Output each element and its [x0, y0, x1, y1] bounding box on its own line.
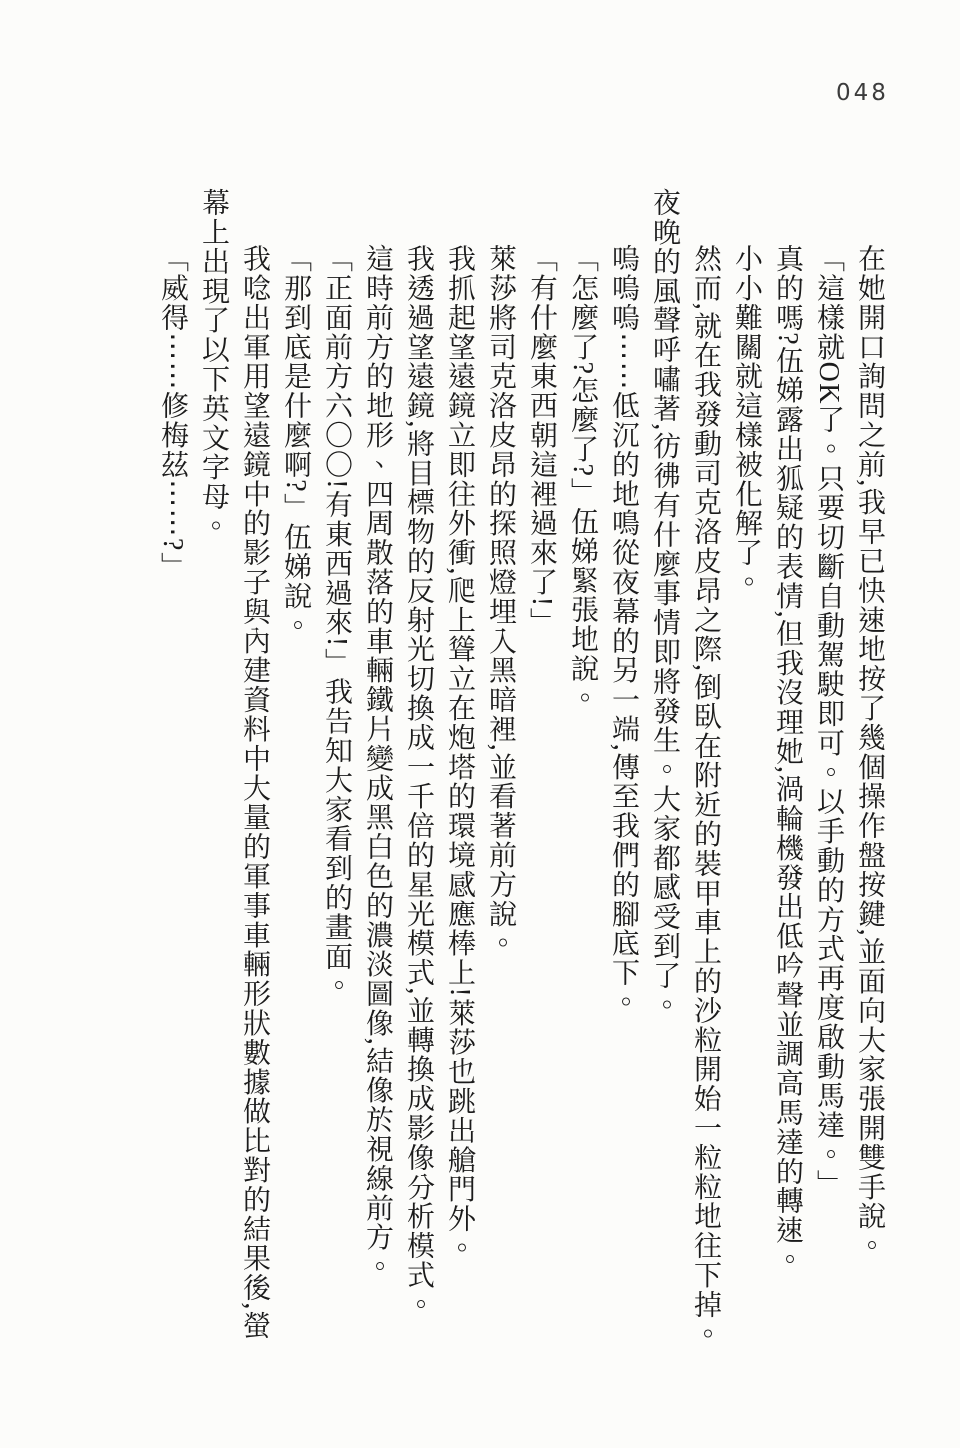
paragraph-dialogue: 「正面前方六〇〇!有東西過來!」我告知大家看到的畫面。: [316, 188, 357, 1364]
paragraph: 這時前方的地形、四周散落的車輛鐵片變成黑白色的濃淡圖像,結像於視線前方。: [357, 188, 398, 1364]
paragraph: 萊莎將司克洛皮昂的探照燈埋入黑暗裡,並看著前方說。: [480, 188, 521, 1364]
paragraph-dialogue: 「有什麼東西朝這裡過來了!」: [521, 188, 562, 1364]
paragraph-dialogue: 「那到底是什麼啊?」伍娣說。: [275, 188, 316, 1364]
page-number: 048: [836, 80, 889, 106]
paragraph: 然而,就在我發動司克洛皮昂之際,倒臥在附近的裝甲車上的沙粒開始一粒粒地往下掉。夜…: [644, 188, 726, 1364]
paragraph: 我透過望遠鏡,將目標物的反射光切換成一千倍的星光模式,並轉換成影像分析模式。: [398, 188, 439, 1364]
book-page: 048 在她開口詢問之前,我早已快速地按了幾個操作盤按鍵,並面向大家張開雙手說。…: [0, 0, 960, 1448]
paragraph: 嗚嗚嗚⋯⋯低沉的地鳴從夜幕的另一端,傳至我們的腳底下。: [603, 188, 644, 1364]
paragraph: 我唸出軍用望遠鏡中的影子與內建資料中大量的軍事車輛形狀數據做比對的結果後,螢幕上…: [193, 188, 275, 1364]
paragraph: 真的嗎?伍娣露出狐疑的表情,但我沒理她,渦輪機發出低吟聲並調高馬達的轉速。: [767, 188, 808, 1364]
paragraph-dialogue: 「怎麼了?怎麼了?」伍娣緊張地說。: [562, 188, 603, 1364]
novel-text-block: 在她開口詢問之前,我早已快速地按了幾個操作盤按鍵,並面向大家張開雙手說。 「這樣…: [152, 188, 890, 1364]
paragraph-dialogue: 「威得⋯⋯修梅茲⋯⋯?」: [152, 188, 193, 1364]
paragraph: 小小難關就這樣被化解了。: [726, 188, 767, 1364]
paragraph: 在她開口詢問之前,我早已快速地按了幾個操作盤按鍵,並面向大家張開雙手說。: [849, 188, 890, 1364]
paragraph: 我抓起望遠鏡立即往外衝,爬上聳立在炮塔的環境感應棒上!萊莎也跳出艙門外。: [439, 188, 480, 1364]
paragraph-dialogue: 「這樣就OK了。只要切斷自動駕駛即可。以手動的方式再度啟動馬達。」: [808, 188, 849, 1364]
